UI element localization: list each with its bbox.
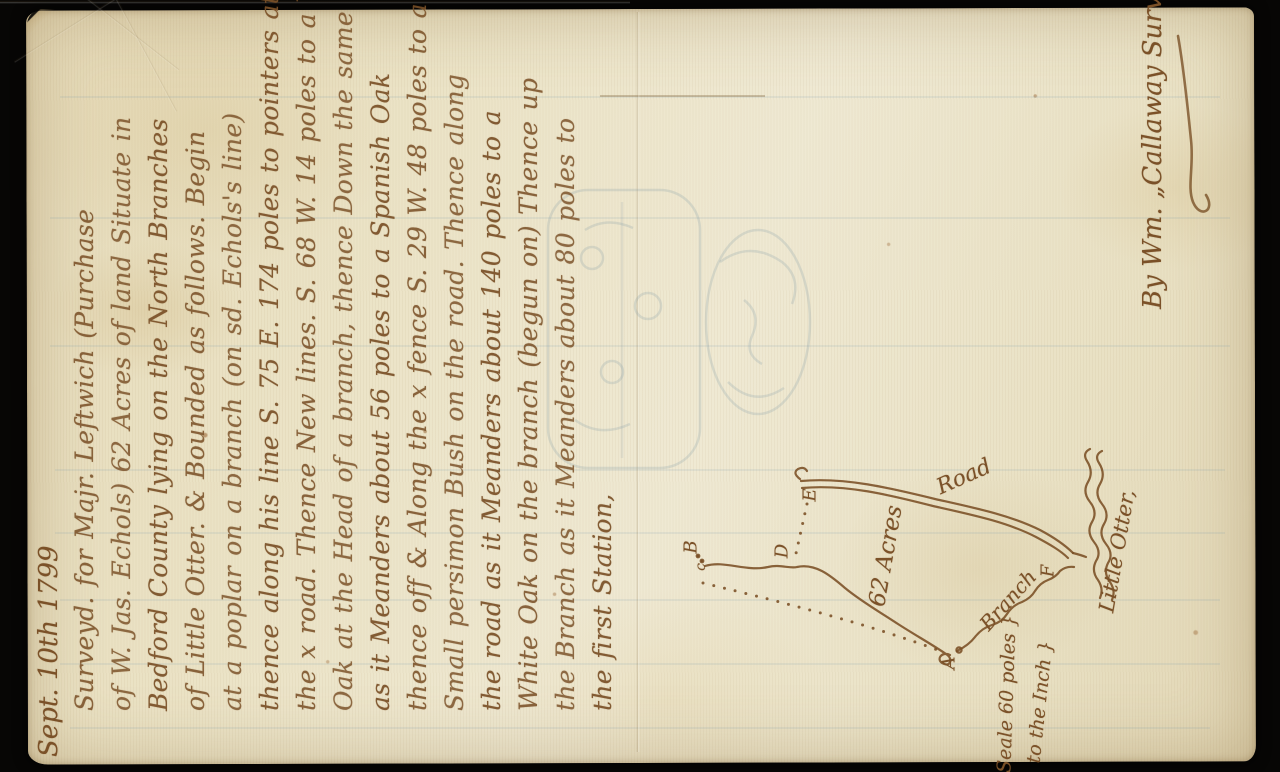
plat-point-a: A (939, 657, 960, 670)
plat-point-f: F (1038, 565, 1059, 578)
scan-bed: Sept. 10th 1799 Surveyd. for Majr. Leftw… (0, 0, 1280, 772)
plat-point-b: B (681, 540, 702, 553)
survey-plat (0, 0, 1280, 772)
plat-point-d: D (772, 544, 793, 558)
plat-point-c: c (693, 563, 709, 571)
plat-point-e: E (800, 488, 821, 501)
